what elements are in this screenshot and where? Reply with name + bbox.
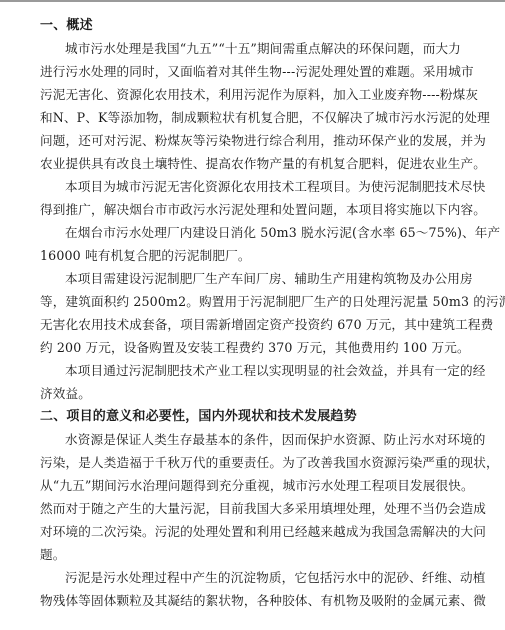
text-line: 污染，是人类造福于千秋万代的重要责任。为了改善我国水资源污染严重的现状， <box>40 451 454 474</box>
text-line: 水资源是保证人类生存最基本的条件，因而保护水资源、防止污水对环境的 <box>40 428 454 451</box>
text-line: 等，建筑面积约 2500m2。购置用于污泥制肥厂生产的日处理污泥量 50m3 的… <box>40 290 454 313</box>
text-line: 题。 <box>40 543 454 566</box>
paragraph-overview-4: 本项目需建设污泥制肥厂生产车间厂房、辅助生产用建构筑物及办公用房 等，建筑面积约… <box>40 267 454 359</box>
paragraph-significance-1: 水资源是保证人类生存最基本的条件，因而保护水资源、防止污水对环境的 污染，是人类… <box>40 428 454 566</box>
text-line: 和N、P、K等添加物，制成颗粒状有机复合肥，不仅解决了城市污水污泥的处理 <box>40 106 454 129</box>
text-line: 在烟台市污水处理厂内建设日消化 50m3 脱水污泥(含水率 65～75%)、年产 <box>40 221 454 244</box>
text-line: 污泥是污水处理过程中产生的沉淀物质，它包括污水中的泥砂、纤维、动植 <box>40 566 454 589</box>
text-line: 16000 吨有机复合肥的污泥制肥厂。 <box>40 244 454 267</box>
text-line: 本项目需建设污泥制肥厂生产车间厂房、辅助生产用建构筑物及办公用房 <box>40 267 454 290</box>
text-line: 本项目为城市污泥无害化资源化农用技术工程项目。为使污泥制肥技术尽快 <box>40 175 454 198</box>
paragraph-overview-5: 本项目通过污泥制肥技术产业工程以实现明显的社会效益，并具有一定的经 济效益。 <box>40 359 454 405</box>
text-line: 济效益。 <box>40 382 454 405</box>
paragraph-significance-2: 污泥是污水处理过程中产生的沉淀物质，它包括污水中的泥砂、纤维、动植 物残体等固体… <box>40 566 454 612</box>
section-heading-overview: 一、概述 <box>40 14 454 37</box>
text-line: 问题，还可对污泥、粉煤灰等污染物进行综合利用，推动环保产业的发展，并为 <box>40 129 454 152</box>
text-line: 进行污水处理的同时，又面临着对其伴生物---污泥处理处置的难题。采用城市 <box>40 60 454 83</box>
text-line: 无害化农用技术成套备，项目需新增固定资产投资约 670 万元，其中建筑工程费 <box>40 313 454 336</box>
section-heading-significance: 二、项目的意义和必要性，国内外现状和技术发展趋势 <box>40 405 454 428</box>
text-line: 物残体等固体颗粒及其凝结的絮状物，各种胶体、有机物及吸附的金属元素、微 <box>40 589 454 612</box>
document-page: 一、概述 城市污水处理是我国“九五”“十五”期间需重点解决的环保问题，而大力 进… <box>40 14 454 612</box>
text-line: 污泥无害化、资源化农用技术，利用污泥作为原料，加入工业废弃物----粉煤灰 <box>40 83 454 106</box>
page-top-border <box>0 0 505 2</box>
paragraph-overview-3: 在烟台市污水处理厂内建设日消化 50m3 脱水污泥(含水率 65～75%)、年产… <box>40 221 454 267</box>
text-line: 约 200 万元，设备购置及安装工程费约 370 万元，其他费用约 100 万元… <box>40 336 454 359</box>
text-line: 本项目通过污泥制肥技术产业工程以实现明显的社会效益，并具有一定的经 <box>40 359 454 382</box>
text-line: 得到推广，解决烟台市市政污水污泥处理和处置问题，本项目将实施以下内容。 <box>40 198 454 221</box>
text-line: 农业提供具有改良土壤特性、提高农作物产量的有机复合肥料，促进农业生产。 <box>40 152 454 175</box>
paragraph-overview-1: 城市污水处理是我国“九五”“十五”期间需重点解决的环保问题，而大力 进行污水处理… <box>40 37 454 175</box>
text-line: 然而对于随之产生的大量污泥，目前我国大多采用填埋处理，处理不当仍会造成 <box>40 497 454 520</box>
paragraph-overview-2: 本项目为城市污泥无害化资源化农用技术工程项目。为使污泥制肥技术尽快 得到推广，解… <box>40 175 454 221</box>
text-line: 从“九五”期间污水治理问题得到充分重视，城市污水处理工程项目发展很快。 <box>40 474 454 497</box>
text-line: 对环境的二次污染。污泥的处理处置和利用已经越来越成为我国急需解决的大问 <box>40 520 454 543</box>
text-line: 城市污水处理是我国“九五”“十五”期间需重点解决的环保问题，而大力 <box>40 37 454 60</box>
